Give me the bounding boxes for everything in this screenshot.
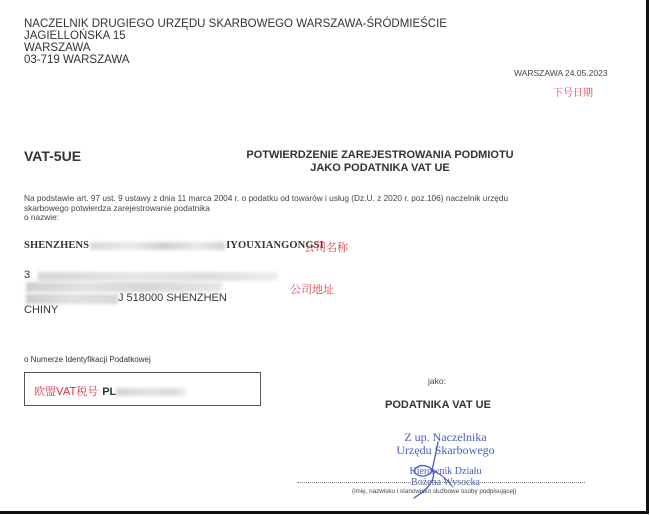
legal-basis-text: Na podstawie art. 97 ust. 9 ustawy z dni… [24, 194, 508, 223]
as-label: jako: [428, 376, 446, 386]
redacted-region [38, 272, 278, 281]
document-page: NACZELNIK DRUGIEGO URZĘDU SKARBOWEGO WAR… [0, 0, 649, 514]
redacted-region [90, 242, 225, 250]
company-name-start: SHENZHENS [24, 240, 89, 251]
nip-value: 欧盟VAT税号PL [34, 383, 186, 399]
document-title-line-2: JAKO PODATNIKA VAT UE [220, 162, 540, 175]
redacted-region [26, 282, 222, 292]
issue-date-annotation: 下号日期 [553, 84, 593, 99]
sender-office-name: NACZELNIK DRUGIEGO URZĘDU SKARBOWEGO WAR… [24, 18, 447, 30]
signature-line [297, 482, 585, 483]
nip-label: o Numerze Identyfikacji Podatkowej [24, 355, 151, 364]
redacted-region [116, 388, 186, 396]
document-title-line-1: POTWIERDZENIE ZAREJESTROWANIA PODMIOTU [220, 149, 540, 162]
sender-postal-code: 03-719 WARSZAWA [24, 54, 447, 66]
document-title: POTWIERDZENIE ZAREJESTROWANIA PODMIOTU J… [220, 149, 540, 175]
address-line-4: CHINY [24, 305, 227, 317]
company-name-annotation: 公司名称 [304, 239, 348, 255]
company-name: SHENZHENSIYOUXIANGONGSI [24, 240, 324, 251]
eu-vat-annotation: 欧盟VAT税号 [34, 385, 98, 398]
registration-status: PODATNIKA VAT UE [385, 399, 491, 411]
legal-basis-line-2: skarbowego potwierdza zarejestrowanie po… [24, 204, 508, 214]
redacted-region [26, 294, 118, 304]
nip-prefix: PL [102, 386, 116, 398]
company-address-annotation: 公司地址 [290, 281, 334, 297]
legal-basis-line-3: o nazwie: [24, 213, 508, 223]
sender-street: JAGIELLOŃSKA 15 [24, 30, 447, 42]
sender-address-block: NACZELNIK DRUGIEGO URZĘDU SKARBOWEGO WAR… [24, 18, 447, 66]
sender-city: WARSZAWA [24, 42, 447, 54]
form-code: VAT-5UE [24, 148, 81, 164]
place-and-date: WARSZAWA 24.05.2023 [514, 68, 608, 78]
signature-caption: (imię, nazwisko i stanowisko służbowe os… [352, 488, 517, 495]
